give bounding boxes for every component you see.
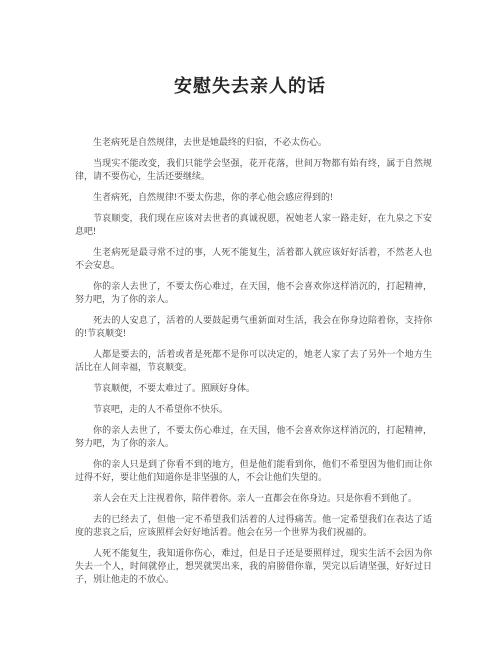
paragraph: 人死不能复生，我知道你伤心，难过，但是日子还是要照样过，现实生活不会因为你失去一… xyxy=(75,547,432,586)
paragraph: 你的亲人只是到了你看不到的地方，但是他们能看到你，他们不希望因为他们而让你过得不… xyxy=(75,458,432,484)
paragraph: 亲人会在天上注视着你，陪伴着你。亲人一直都会在你身边。只是你看不到他了。 xyxy=(75,492,432,505)
paragraph: 你的亲人去世了，不要太伤心难过，在天国，他不会喜欢你这样消沉的，打起精神，努力吧… xyxy=(75,424,432,450)
paragraph: 人都是要去的，活着或者是死都不是你可以决定的，她老人家了去了另外一个地方生活比在… xyxy=(75,348,432,374)
paragraph: 生者病死，自然规律!不要太伤悲，你的孝心他会感应得到的! xyxy=(75,191,432,204)
paragraph: 当现实不能改变，我们只能学会坚强，花开花落，世间万物都有始有终，属于自然规律，请… xyxy=(75,157,432,183)
paragraph: 死去的人安息了，活着的人要鼓起勇气重新面对生活，我会在你身边陪着你，支持你的!节… xyxy=(75,314,432,340)
document-page: 安慰失去亲人的话 生老病死是自然规律，去世是她最终的归宿，不必太伤心。 当现实不… xyxy=(0,0,500,647)
paragraph: 去的已经去了，但他一定不希望我们活着的人过得痛苦。他一定希望我们在表达了适度的悲… xyxy=(75,513,432,539)
document-title: 安慰失去亲人的话 xyxy=(0,0,500,98)
paragraph: 节哀吧，走的人不希望你不快乐。 xyxy=(75,403,432,416)
paragraph: 节哀顺变，我们现在应该对去世者的真诚祝愿，祝她老人家一路走好，在九泉之下安息吧! xyxy=(75,212,432,238)
document-body: 生老病死是自然规律，去世是她最终的归宿，不必太伤心。 当现实不能改变，我们只能学… xyxy=(75,136,432,594)
paragraph: 生老病死是自然规律，去世是她最终的归宿，不必太伤心。 xyxy=(75,136,432,149)
paragraph: 生老病死是最寻常不过的事，人死不能复生，活着都人就应该好好活着，不然老人也不会安… xyxy=(75,246,432,272)
paragraph: 节哀顺便，不要太难过了。照顾好身体。 xyxy=(75,382,432,395)
paragraph: 你的亲人去世了，不要太伤心难过，在天国，他不会喜欢你这样消沉的，打起精神，努力吧… xyxy=(75,280,432,306)
